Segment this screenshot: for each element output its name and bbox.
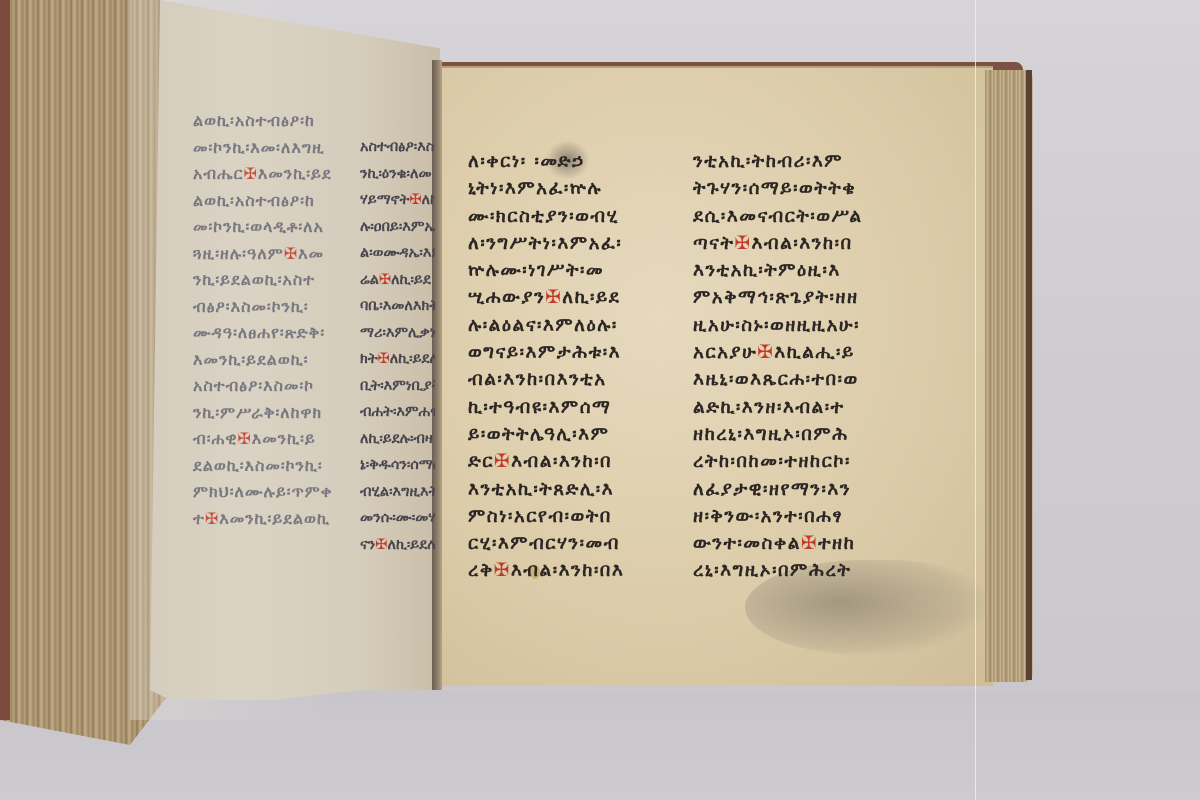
text-line: ምአቅማኅ፡ጽጌያት፡ዘዘ bbox=[693, 284, 863, 311]
text-line: ለ፡ቀርነ፡ ፡መድኃ bbox=[468, 148, 624, 175]
text-line: ድር✠እብል፡እንከ፡በ bbox=[468, 448, 624, 475]
text-line: ብሐት፡እምሐዋር bbox=[360, 399, 435, 426]
right-page-column-1: ለ፡ቀርነ፡ ፡መድኃ ኒትነ፡እምአፈ፡ኵሉ ሙ፡ክርስቲያን፡ወብሂ ለ፡ን… bbox=[468, 148, 624, 585]
rubric-cross-icon: ✠ bbox=[379, 272, 391, 288]
text-line: ብሂል፡እግዚእት bbox=[360, 479, 435, 506]
text-line: አብሔር✠እመንኪ፡ይደ bbox=[193, 161, 332, 188]
text-line: ልወኪ፡አስተብፅዖ፡ከ bbox=[193, 108, 332, 135]
text-line: ውንተ፡መስቀል✠ተዘከ bbox=[693, 530, 863, 557]
text-line: ማሪ፡እምሊቃነ፡ bbox=[360, 320, 435, 347]
text-line: ንኪ፡ዕንቁ፡ለመ bbox=[360, 161, 435, 188]
rubric-cross-icon: ✠ bbox=[378, 351, 390, 367]
text-line: ብፅዖ፡እስመ፡ኮንኪ፡ bbox=[193, 294, 332, 321]
text-line: ወግናይ፡እምታሕቱ፡እ bbox=[468, 339, 624, 366]
left-cover-binding bbox=[0, 0, 10, 720]
text-line: ልወኪ፡አስተብፅዖ፡ከ bbox=[193, 188, 332, 215]
rubric-cross-icon: ✠ bbox=[205, 509, 219, 528]
text-line: ሢሐውያን✠ለኪ፡ይደ bbox=[468, 284, 624, 311]
text-line: ኔ፡ቅዱሳን፡ሰማዕ bbox=[360, 452, 435, 479]
text-line: ሃይማኖት✠ለኪ፡ bbox=[360, 187, 435, 214]
text-line: ጓዚ፡ዘሉ፡ዓለም✠እመ bbox=[193, 241, 332, 268]
text-line: ለኪ፡ይደሉ፡ብዛ bbox=[360, 426, 435, 453]
text-line: ሙዳዓ፡ለፀሐየ፡ጽድቅ፡ bbox=[193, 320, 332, 347]
rubric-cross-icon: ✠ bbox=[244, 164, 258, 183]
text-line: ተ✠እመንኪ፡ይደልወኪ bbox=[193, 506, 332, 533]
text-line: ኒትነ፡እምአፈ፡ኵሉ bbox=[468, 175, 624, 202]
right-cover-edge bbox=[1026, 70, 1032, 680]
rubric-cross-icon: ✠ bbox=[801, 533, 818, 554]
text-line: እመንኪ፡ይደልወኪ፡ bbox=[193, 347, 332, 374]
text-line: አስተብፅዖ፡እስመ፡ኮ bbox=[193, 373, 332, 400]
text-line: ቢት፡እምነቢያት bbox=[360, 373, 435, 400]
text-line: ንኪ፡ይደልወኪ፡አስተ bbox=[193, 267, 332, 294]
text-line: ለ፡ንግሥትነ፡እምአፈ፡ bbox=[468, 230, 624, 257]
text-line: ንኪ፡ምሥራቅ፡ለከዋክ bbox=[193, 400, 332, 427]
text-line: ሙ፡ክርስቲያን፡ወብሂ bbox=[468, 203, 624, 230]
rubric-cross-icon: ✠ bbox=[237, 429, 251, 448]
text-line: እንቲአኪ፡ትጸድሊ፡እ bbox=[468, 476, 624, 503]
left-page-column-2: አስተብፅዖ፡እስ ንኪ፡ዕንቁ፡ለመ ሃይማኖት✠ለኪ፡ ሉ፡ዐበይ፡እምኤ … bbox=[360, 134, 435, 558]
text-line: ረኒ፡እግዚኦ፡በምሕረት bbox=[693, 557, 863, 584]
hanging-thread bbox=[975, 0, 976, 800]
text-line: አርአያሁ✠እኪልሒ፡ይ bbox=[693, 339, 863, 366]
text-line: መንሱ፡ሙ፡መሃን bbox=[360, 505, 435, 532]
text-line: ምስነ፡አርየብ፡ወትበ bbox=[468, 503, 624, 530]
text-line: ምክህ፡ለሙሉይ፡ጥምቀ bbox=[193, 479, 332, 506]
text-line: ንቲአኪ፡ትከብሪ፡እም bbox=[693, 148, 863, 175]
text-line: ል፡ወሙዳኤ፡እም bbox=[360, 240, 435, 267]
rubric-cross-icon: ✠ bbox=[757, 342, 774, 363]
text-line: ጣናት✠እብል፡እንከ፡በ bbox=[693, 230, 863, 257]
text-line: ትጉሃን፡ሰማይ፡ወትትቄ bbox=[693, 175, 863, 202]
text-line: ኪ፡ተዓብዩ፡እምሰማ bbox=[468, 394, 624, 421]
text-line: እዜኒ፡ወእጼርሐ፡ተበ፡ወ bbox=[693, 366, 863, 393]
text-line: ዘከረኒ፡እግዚኦ፡በምሕ bbox=[693, 421, 863, 448]
text-line: ደልወኪ፡እስመ፡ኮንኪ፡ bbox=[193, 453, 332, 480]
text-line: ረቅ✠እብል፡እንከ፡በእ bbox=[468, 557, 624, 584]
rubric-cross-icon: ✠ bbox=[375, 537, 387, 553]
text-line: ኵሉሙ፡ነገሥት፡መ bbox=[468, 257, 624, 284]
manuscript-photo: ልወኪ፡አስተብፅዖ፡ከ መ፡ኮንኪ፡እመ፡ለእግዚ አብሔር✠እመንኪ፡ይደ … bbox=[0, 0, 1200, 800]
rubric-cross-icon: ✠ bbox=[545, 287, 562, 308]
rubric-cross-icon: ✠ bbox=[409, 192, 421, 208]
text-line: ብ፡ሐዊ✠እመንኪ፡ይ bbox=[193, 426, 332, 453]
text-line: ለፈያታዊ፡ዘየማን፡እን bbox=[693, 476, 863, 503]
text-line: ክት✠ለኪ፡ይደሉ bbox=[360, 346, 435, 373]
rubric-cross-icon: ✠ bbox=[494, 560, 511, 581]
text-line: ሉ፡ልዕልና፡እምለዕሉ፡ bbox=[468, 312, 624, 339]
text-line: አስተብፅዖ፡እስ bbox=[360, 134, 435, 161]
text-line: ደሲ፡እመናብርት፡ወሥል bbox=[693, 203, 863, 230]
right-page-column-2: ንቲአኪ፡ትከብሪ፡እም ትጉሃን፡ሰማይ፡ወትትቄ ደሲ፡እመናብርት፡ወሥል… bbox=[693, 148, 863, 585]
text-line: ሉ፡ዐበይ፡እምኤ bbox=[360, 214, 435, 241]
rubric-cross-icon: ✠ bbox=[734, 233, 751, 254]
text-line: ሬል✠ለኪ፡ይደ bbox=[360, 267, 435, 294]
text-line: እንቲአኪ፡ትምዕዚ፡እ bbox=[693, 257, 863, 284]
text-line: ባቤ፡እመለእክት bbox=[360, 293, 435, 320]
rubric-cross-icon: ✠ bbox=[284, 244, 298, 263]
text-line: ልድኪ፡እንዘ፡እብል፡ተ bbox=[693, 394, 863, 421]
left-page-column-1: ልወኪ፡አስተብፅዖ፡ከ መ፡ኮንኪ፡እመ፡ለእግዚ አብሔር✠እመንኪ፡ይደ … bbox=[193, 108, 332, 532]
rubric-cross-icon: ✠ bbox=[494, 451, 511, 472]
text-line: ብል፡እንከ፡በእንቲአ bbox=[468, 366, 624, 393]
text-line: ዘ፡ቅንው፡አንተ፡በሐፃ bbox=[693, 503, 863, 530]
text-line: ረትከ፡በከመ፡ተዘከርኮ፡ bbox=[693, 448, 863, 475]
text-line: ዚአሁ፡ስኑ፡ወዘዚዚአሁ፡ bbox=[693, 312, 863, 339]
text-line: ናን✠ለኪ፡ይደሉ bbox=[360, 532, 435, 559]
text-line: መ፡ኮንኪ፡ወላዲቶ፡ለአ bbox=[193, 214, 332, 241]
text-line: ይ፡ወትትሌዓሊ፡እም bbox=[468, 421, 624, 448]
text-line: ርሂ፡እምብርሃን፡መብ bbox=[468, 530, 624, 557]
text-line: መ፡ኮንኪ፡እመ፡ለእግዚ bbox=[193, 135, 332, 162]
